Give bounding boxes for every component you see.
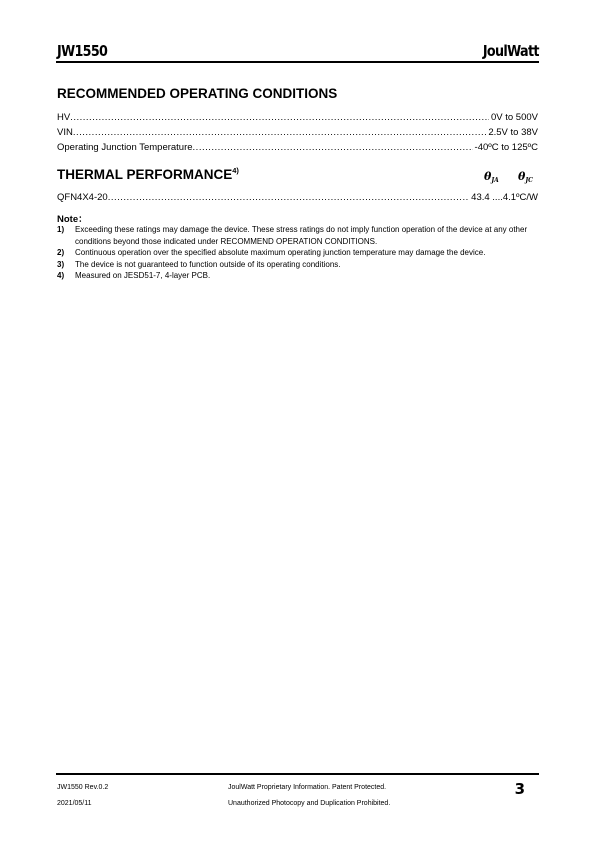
spec-row-vin: VIN 2.5V to 38V <box>57 127 538 138</box>
note-text: The device is not guaranteed to function… <box>75 259 540 271</box>
section-title-thermal-performance: THERMAL PERFORMANCE4) <box>57 166 239 182</box>
dot-leader <box>193 142 473 153</box>
package-label: QFN4X4-20 <box>57 192 108 203</box>
thermal-title-text: THERMAL PERFORMANCE <box>57 167 232 182</box>
theta-jc-header: θJC <box>518 170 533 184</box>
theta-subscript: JC <box>525 177 533 184</box>
theta-subscript: JA <box>491 177 499 184</box>
note-text: Continuous operation over the specified … <box>75 247 540 259</box>
spec-value: 0V to 500V <box>489 112 538 123</box>
note-item: 3) The device is not guaranteed to funct… <box>57 259 540 271</box>
header-divider <box>56 61 539 63</box>
dot-leader <box>108 192 469 203</box>
note-number: 3) <box>57 259 75 271</box>
footer-date: 2021/05/11 <box>57 800 92 807</box>
note-number: 1) <box>57 224 75 247</box>
spec-label: HV <box>57 112 70 123</box>
page-number: 3 <box>515 780 525 798</box>
section-title-recommended-operating-conditions: RECOMMENDED OPERATING CONDITIONS <box>57 86 337 101</box>
thermal-value: 43.4 ....4.1ºC/W <box>469 192 538 203</box>
notes-title: Note： <box>57 211 88 225</box>
spec-value: 2.5V to 38V <box>486 127 538 138</box>
theta-ja-header: θJA <box>484 170 499 184</box>
footnote-ref: 4) <box>232 166 239 175</box>
spec-value: -40ºC to 125ºC <box>473 142 538 153</box>
note-item: 2) Continuous operation over the specifi… <box>57 247 540 259</box>
dot-leader <box>70 112 489 123</box>
note-item: 1) Exceeding these ratings may damage th… <box>57 224 540 247</box>
footer-revision: JW1550 Rev.0.2 <box>57 784 108 791</box>
note-number: 2) <box>57 247 75 259</box>
dot-leader <box>73 127 487 138</box>
note-number: 4) <box>57 270 75 282</box>
header-brand: JoulWatt <box>483 42 539 60</box>
spec-row-junction-temperature: Operating Junction Temperature -40ºC to … <box>57 142 538 153</box>
thermal-row-qfn4x4-20: QFN4X4-20 43.4 ....4.1ºC/W <box>57 192 538 203</box>
note-text: Exceeding these ratings may damage the d… <box>75 224 540 247</box>
spec-row-hv: HV 0V to 500V <box>57 112 538 123</box>
footer-proprietary-notice: JoulWatt Proprietary Information. Patent… <box>228 784 386 791</box>
header-part-number: JW1550 <box>57 42 107 60</box>
footer-copy-notice: Unauthorized Photocopy and Duplication P… <box>228 800 390 807</box>
spec-label: VIN <box>57 127 73 138</box>
note-item: 4) Measured on JESD51-7, 4-layer PCB. <box>57 270 540 282</box>
notes-list: 1) Exceeding these ratings may damage th… <box>57 224 540 282</box>
footer-divider <box>56 773 539 775</box>
spec-label: Operating Junction Temperature <box>57 142 193 153</box>
note-text: Measured on JESD51-7, 4-layer PCB. <box>75 270 540 282</box>
